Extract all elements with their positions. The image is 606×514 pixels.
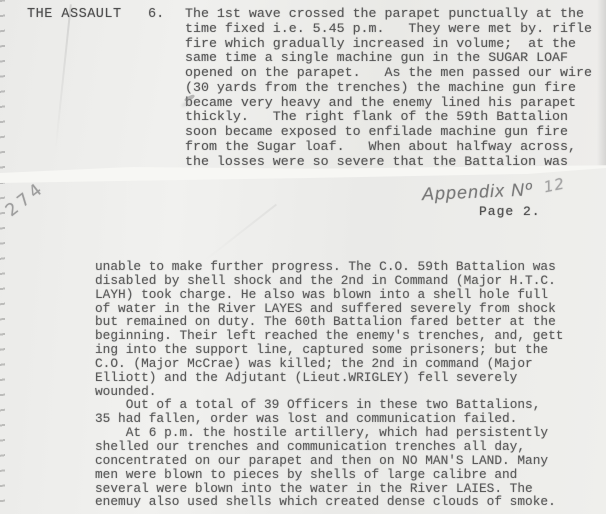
paragraph-text-bottom: unable to make further progress. The C.O… [95,260,569,509]
paragraph-number: 6. [148,7,164,22]
torn-edge-left [0,167,5,514]
archive-page-number: 274 [2,178,49,221]
document-scan: THE ASSAULT 6. The 1st wave crossed the … [0,0,606,514]
appendix-stamp-text: Appendix Nº [422,179,533,204]
appendix-stamp: Appendix Nº 12 [422,178,566,205]
page-number-label: Page 2. [479,204,541,219]
paper-crease [54,4,72,153]
paragraph-text-top: The 1st wave crossed the parapet punctua… [185,7,599,169]
appendix-number-pencil: 12 [542,174,566,196]
torn-edge-left [0,0,5,173]
section-heading: THE ASSAULT [27,7,122,22]
page-fragment-top: THE ASSAULT 6. The 1st wave crossed the … [0,0,606,173]
paper-crease [205,204,277,261]
page-fragment-bottom: 274 Appendix Nº 12 Page 2. unable to mak… [0,167,606,514]
